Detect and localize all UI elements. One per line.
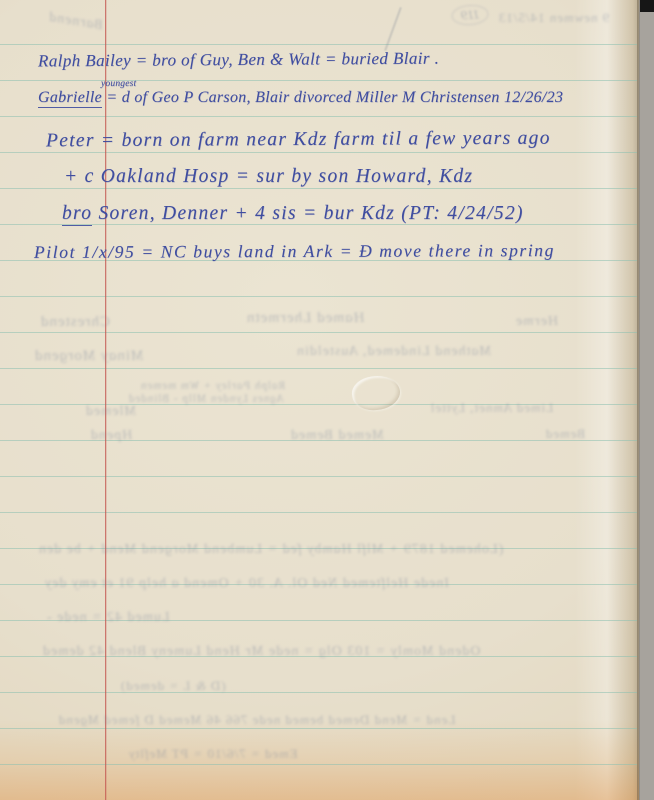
note-line-ralph-bailey: Ralph Bailey = bro of Guy, Ben & Walt = …: [38, 49, 439, 72]
showthrough-line: Hamed Lhermetn: [245, 310, 365, 327]
underlined-name: Gabrielle: [38, 89, 102, 108]
showthrough-line: Agnes Lynden Mllp - Blinded: [127, 393, 284, 405]
note-line-siblings: bro Soren, Denner + 4 sis = bur Kdz (PT:…: [62, 203, 524, 225]
showthrough-line: Inede Helftemed Ned Ol. A. 30 + Omend a …: [43, 576, 450, 592]
showthrough-line: Memed Bemed: [289, 428, 384, 444]
note-line-pilot: Pilot 1/x/95 = NC buys land in Ark = Đ m…: [34, 240, 555, 263]
showthrough-line: (Lohemed 1879 + Mlfl Hamby fed = Lumbend…: [37, 542, 504, 558]
showthrough-line: Herme: [514, 314, 559, 330]
showthrough-line: 9 newmen 14/5/13: [497, 10, 610, 26]
underlined-word: bro: [62, 203, 92, 226]
note-text: Soren, Denner + 4 sis = bur Kdz (PT: 4/2…: [92, 203, 524, 224]
showthrough-line: Bemed: [544, 426, 586, 442]
note-text: = d of Geo P Carson, Blair divorced Mill…: [102, 89, 504, 106]
note-line-gabrielle: Gabrielle = d of Geo P Carson, Blair div…: [38, 89, 563, 107]
inserted-word-above: youngest: [101, 79, 136, 89]
showthrough-line: Limed Amnet, Lyttel: [429, 400, 554, 416]
note-date: 12/26/23: [504, 89, 563, 106]
showthrough-line: Minay Morgend: [33, 348, 144, 365]
note-line-peter: Peter = born on farm near Kdz farm til a…: [46, 128, 551, 153]
showthrough-line: Chrestend: [39, 314, 111, 331]
page-right-edge: [637, 0, 640, 800]
note-line-oakland-hosp: + c Oakland Hosp = sur by son Howard, Kd…: [64, 166, 473, 188]
showthrough-line: Ralph Parley + Wm memen: [139, 380, 286, 392]
showthrough-line: (D & L = demed): [119, 678, 227, 694]
showthrough-line: Lend = Mend Demed bemed nede 766 46 Meme…: [57, 712, 456, 728]
red-margin-line: [105, 0, 106, 800]
showthrough-line: Mathend Lindemed, Austeldin: [295, 344, 492, 360]
showthrough-line: Lumed 42 = nede -: [45, 610, 170, 626]
showthrough-line: Odend Momly = 103 Olg = nede Mr Hend Lum…: [41, 644, 481, 660]
showthrough-line: Mlemed: [84, 404, 137, 420]
scan-corner-notch: [640, 0, 654, 12]
showthrough-line: Hpend: [89, 428, 133, 444]
showthrough-line: Emed = 7/6/10 = PT Meflty: [127, 746, 298, 762]
